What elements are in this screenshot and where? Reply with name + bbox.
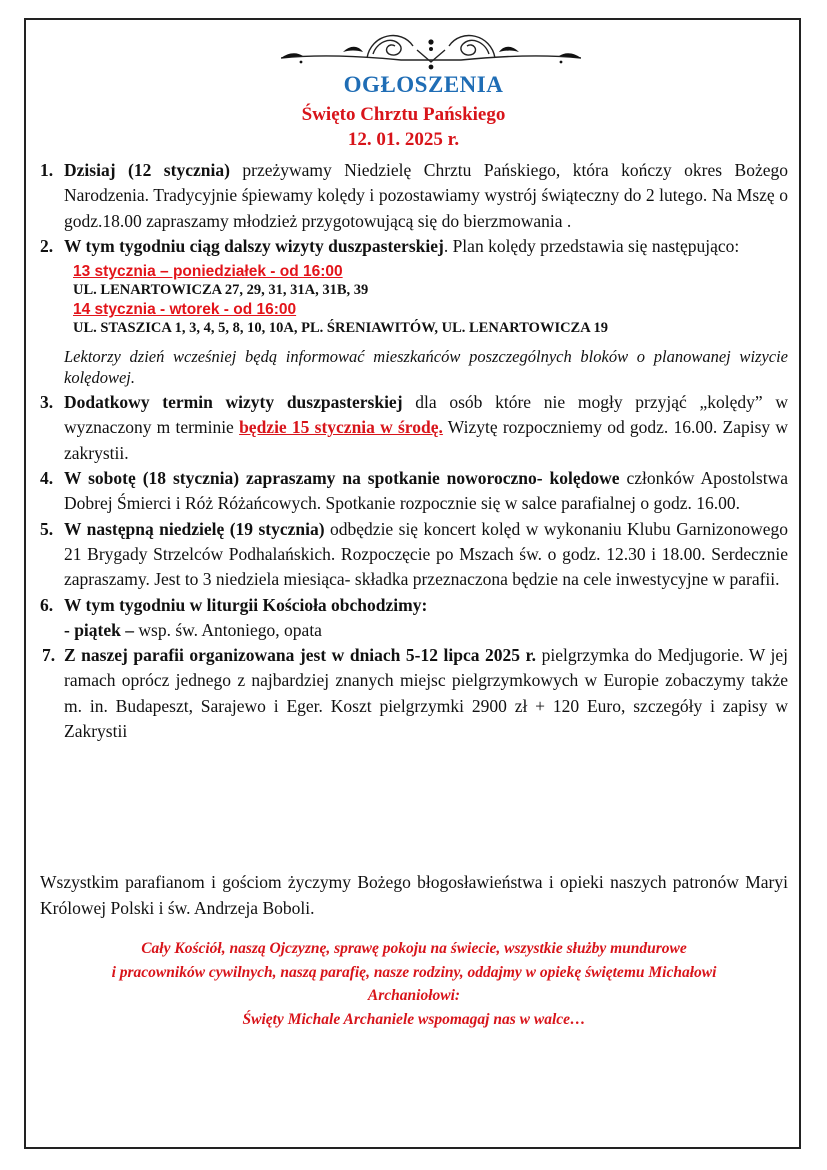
item-text: . Plan kolędy przedstawia się następując… — [444, 236, 739, 256]
item-lead: W tym tygodniu ciąg dalszy wizyty duszpa… — [64, 236, 444, 256]
item-number: 5. — [40, 517, 53, 542]
item-number: 7. — [42, 643, 55, 668]
announcement-item: 5. W następną niedzielę (19 stycznia) od… — [40, 517, 788, 593]
prayer-line: Archaniołowi: — [40, 984, 788, 1008]
announcement-item: 2. W tym tygodniu ciąg dalszy wizyty dus… — [40, 234, 788, 259]
prayer-line: Cały Kościół, naszą Ojczyznę, sprawę pok… — [40, 937, 788, 961]
item-number: 6. — [40, 593, 53, 618]
item-lead: Z naszej parafii organizowana jest w dni… — [64, 645, 536, 665]
weekday-label: - piątek – — [64, 620, 134, 640]
page-title: OGŁOSZENIA — [10, 72, 827, 98]
announcement-item: 7. Z naszej parafii organizowana jest w … — [40, 643, 788, 744]
announcement-item: 1. Dzisiaj (12 stycznia) przeżywamy Nied… — [40, 158, 788, 234]
schedule-address: UL. STASZICA 1, 3, 4, 5, 8, 10, 10A, PL.… — [73, 319, 788, 338]
prayer-text: Cały Kościół, naszą Ojczyznę, sprawę pok… — [40, 937, 788, 1031]
announcement-item: 6. W tym tygodniu w liturgii Kościoła ob… — [40, 593, 788, 618]
liturgy-entry: - piątek – wsp. św. Antoniego, opata — [40, 618, 788, 643]
liturgy-text: wsp. św. Antoniego, opata — [134, 620, 322, 640]
flourish-ornament-icon — [281, 24, 581, 72]
item-number: 1. — [40, 158, 53, 183]
item-number: 2. — [40, 234, 53, 259]
item-lead: Dzisiaj (12 stycznia) — [64, 160, 230, 180]
schedule-day: 14 stycznia - wtorek - od 16:00 — [73, 300, 788, 319]
highlight-date: będzie 15 stycznia w środę. — [239, 417, 443, 437]
visit-schedule: 13 stycznia – poniedziałek - od 16:00 UL… — [40, 262, 788, 338]
schedule-day: 13 stycznia – poniedziałek - od 16:00 — [73, 262, 788, 281]
item-lead: W sobotę (18 stycznia) zapraszamy na spo… — [64, 468, 620, 488]
announcement-item: 4. W sobotę (18 stycznia) zapraszamy na … — [40, 466, 788, 517]
page-subtitle: Święto Chrztu Pańskiego — [0, 104, 817, 126]
announcement-date: 12. 01. 2025 r. — [0, 129, 817, 151]
item-lead: W następną niedzielę (19 stycznia) — [64, 519, 325, 539]
announcements-list: 1. Dzisiaj (12 stycznia) przeżywamy Nied… — [40, 158, 788, 744]
announcement-item: 3. Dodatkowy termin wizyty duszpasterski… — [40, 390, 788, 466]
lectors-note: Lektorzy dzień wcześniej będą informować… — [40, 346, 788, 388]
schedule-address: UL. LENARTOWICZA 27, 29, 31, 31A, 31B, 3… — [73, 281, 788, 300]
prayer-line: i pracowników cywilnych, naszą parafię, … — [40, 961, 788, 985]
item-number: 3. — [40, 390, 53, 415]
prayer-line: Święty Michale Archaniele wspomagaj nas … — [40, 1008, 788, 1032]
closing-blessing: Wszystkim parafianom i gościom życzymy B… — [40, 869, 788, 921]
item-number: 4. — [40, 466, 53, 491]
item-lead: W tym tygodniu w liturgii Kościoła obcho… — [64, 595, 427, 615]
item-lead: Dodatkowy termin wizyty duszpasterskiej — [64, 392, 403, 412]
